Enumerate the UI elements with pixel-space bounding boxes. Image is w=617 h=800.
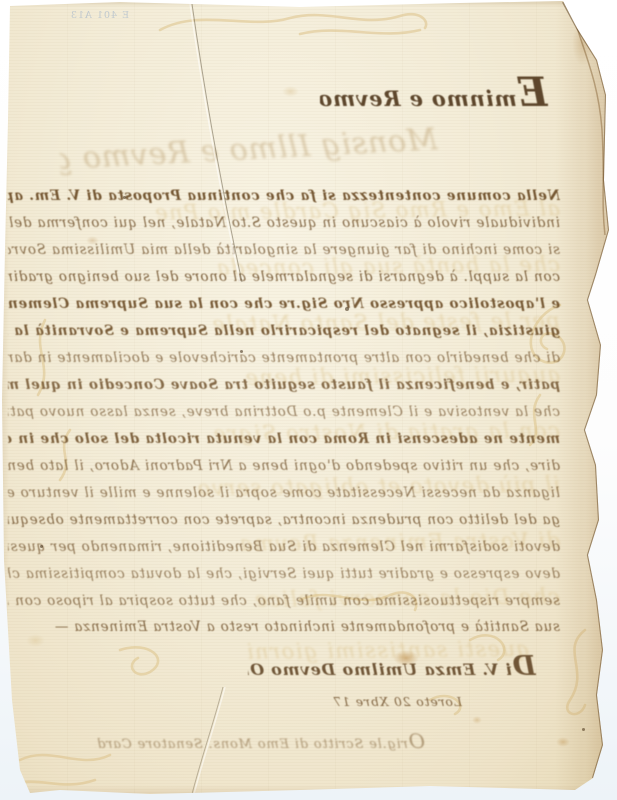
body-line: con la suppl. à degnarsi di segnalarmele… [8, 264, 560, 290]
body-line: e l'apostolico appresso Nro Sig.re che c… [8, 291, 560, 317]
foxing-spot [282, 86, 299, 97]
date-line-script: Loreto 20 Xbre 1715 [332, 692, 462, 714]
body-line: individuale rivolo à ciascuno in questo … [8, 210, 560, 236]
body-line: dire, che un ritivo spedendo d'ogni bene… [8, 453, 560, 479]
body-line: sua Santità e profondamente inchinato re… [8, 614, 560, 640]
closing-script: Di V. Emza Umilmo Devmo Obbmo Serre [248, 648, 536, 690]
ink-speck [40, 545, 43, 548]
address-line-script: Orig.le Scritto di Emo Mons. Senatore Ca… [95, 729, 425, 755]
body-line: si come inchino di far giungere la singo… [8, 237, 560, 263]
body-line: sempre rispettuosissima con umile fano, … [8, 588, 560, 614]
ink-speck [345, 307, 349, 311]
body-line: ga del delitto con prudenza incontra, sa… [8, 507, 560, 533]
scanned-letter-page: E 401 A13 Eminmo e Revmo Sigr Sigr Prone… [0, 0, 617, 800]
ink-speck [123, 196, 126, 199]
foxing-spot [556, 737, 570, 747]
paper-sheet: E 401 A13 Eminmo e Revmo Sigr Sigr Prone… [0, 0, 617, 800]
body-line: devoti sodisfarmi nel Clemenza di Sua Be… [8, 534, 560, 560]
body-line: patir, e beneficenza il fausto seguito t… [8, 372, 560, 398]
ink-speck [582, 728, 585, 731]
body-line: devo espresso e gradire tutti quei Servi… [8, 561, 560, 587]
archive-stamp: E 401 A13 [55, 9, 129, 23]
body-line: giustizia, il segnato del respicarirlo n… [8, 318, 560, 344]
body-line: di che benedirlo con altre prontamente c… [8, 345, 560, 371]
foxing-spot [472, 716, 482, 724]
ink-speck [240, 350, 243, 353]
body-line: mente ne adescensi in Roma con la venuta… [8, 426, 560, 452]
edge-browning [572, 20, 594, 66]
body-line: che la ventosiva e il Clemente p.o Dottr… [8, 399, 560, 425]
body-line: Nella comune contentezza si fa che conti… [8, 183, 560, 209]
body-line: liganza da necessi Necessitate come sopr… [8, 480, 560, 506]
flourish-band-script: Monsig Illmo e Revmo gli si conlega [59, 114, 440, 192]
